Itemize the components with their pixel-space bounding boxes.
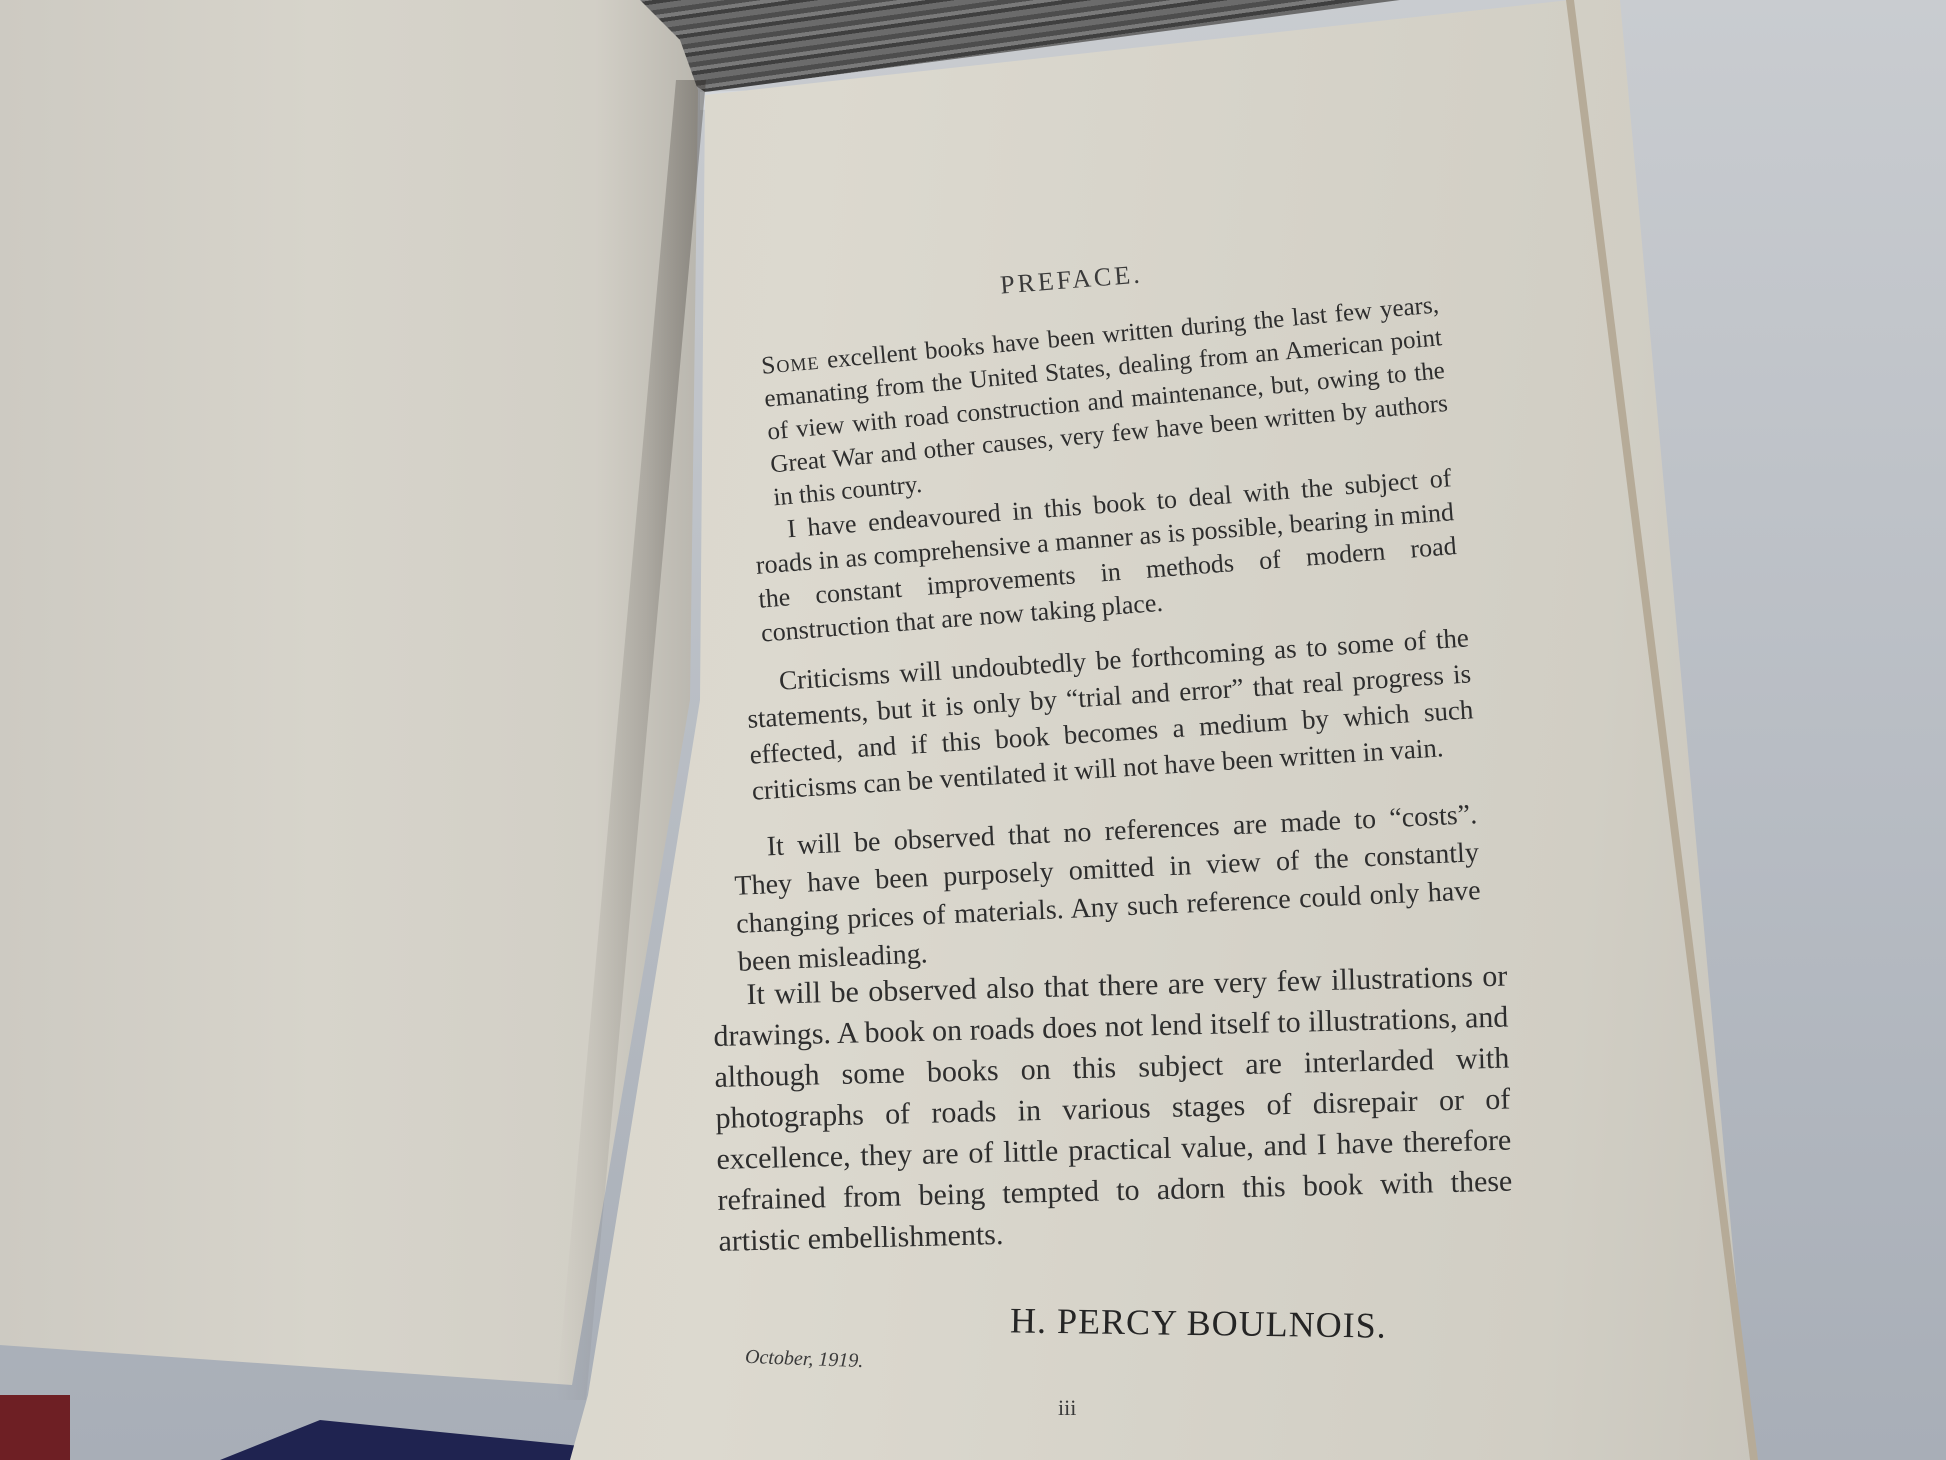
page-number: iii <box>1058 1395 1076 1421</box>
paragraph-5: It will be observed also that there are … <box>712 956 1514 1262</box>
author-signature: H. PERCY BOULNOIS. <box>1010 1299 1387 1346</box>
paragraph-text: It will be observed that no references a… <box>734 799 1481 978</box>
red-object <box>0 1395 70 1460</box>
lead-word: Some <box>760 348 820 380</box>
paragraph-text: It will be observed also that there are … <box>713 960 1513 1258</box>
preface-date: October, 1919. <box>745 1346 864 1373</box>
